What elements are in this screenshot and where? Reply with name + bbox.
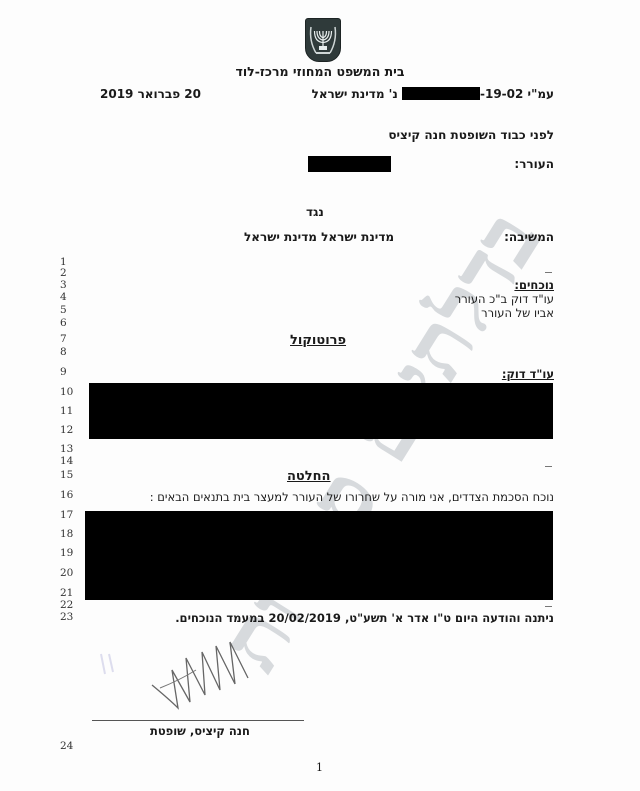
line-number: 14	[60, 455, 73, 467]
line-number: 2	[60, 267, 67, 279]
line-number: 5	[60, 304, 67, 316]
line-number: 17	[60, 509, 73, 521]
line-number: 3	[60, 279, 67, 291]
given-statement: ניתנה והודעה היום ט"ו אדר א' תשע"ט, 20/0…	[175, 611, 554, 625]
line-number: 12	[60, 424, 73, 436]
line-mark	[545, 606, 552, 607]
line-number: 21	[60, 587, 73, 599]
redacted-release-conditions	[85, 511, 553, 600]
line-number: 19	[60, 547, 73, 559]
line-number: 16	[60, 489, 73, 501]
line-number: 9	[60, 366, 67, 378]
page-number: 1	[316, 761, 323, 774]
redacted-appellant-name	[308, 156, 391, 172]
line-number: 7	[60, 333, 67, 345]
line-number: 11	[60, 405, 73, 417]
respondent-name: מדינת ישראל מדינת ישראל	[244, 230, 394, 244]
line-mark	[545, 466, 552, 467]
present-line: אביו של העורר	[455, 306, 554, 320]
decision-title: החלטה	[287, 469, 331, 484]
court-name: בית המשפט המחוזי מרכז-לוד	[200, 64, 440, 79]
present-label: נוכחים:	[455, 278, 554, 292]
respondent-label: המשיבה:	[504, 230, 554, 244]
line-mark	[545, 272, 552, 273]
line-number: 20	[60, 567, 73, 579]
line-number: 6	[60, 317, 67, 329]
signature-line	[92, 720, 304, 721]
redacted-case-number	[402, 87, 480, 100]
line-number: 23	[60, 611, 73, 623]
state-emblem-icon	[305, 18, 341, 62]
protocol-title: פרוטוקול	[290, 333, 346, 348]
line-number: 13	[60, 443, 73, 455]
redacted-lawyer-statement	[89, 383, 553, 439]
case-number-prefix: עמ"י 19-02-	[480, 87, 554, 101]
case-parties: נ' מדינת ישראל	[312, 87, 398, 101]
against-label: נגד	[306, 205, 324, 219]
present-line: עו"ד דוק ב"כ העורר	[455, 292, 554, 306]
judge-name: חנה קיציס, שופטת	[150, 724, 250, 738]
line-number: 22	[60, 599, 73, 611]
lawyer-statement-label: עו"ד דוק:	[502, 367, 554, 381]
line-number: 4	[60, 291, 67, 303]
present-block: נוכחים: עו"ד דוק ב"כ העורר אביו של העורר	[455, 278, 554, 320]
line-number: 8	[60, 346, 67, 358]
line-number: 10	[60, 386, 73, 398]
line-number: 15	[60, 469, 73, 481]
scan-artifact-icon	[95, 650, 125, 680]
hearing-date: 20 פברואר 2019	[100, 87, 201, 101]
line-number: 24	[60, 740, 73, 752]
judge-signature-icon	[150, 640, 250, 710]
judge-before-line: לפני כבוד השופטת חנה קיציס	[388, 128, 554, 142]
case-number-line: עמ"י 19-02- נ' מדינת ישראל	[312, 87, 554, 101]
line-number: 18	[60, 528, 73, 540]
decision-text: נוכח הסכמת הצדדים, אני מורה על שחרורו של…	[150, 490, 554, 504]
appellant-label: העורר:	[514, 157, 554, 171]
